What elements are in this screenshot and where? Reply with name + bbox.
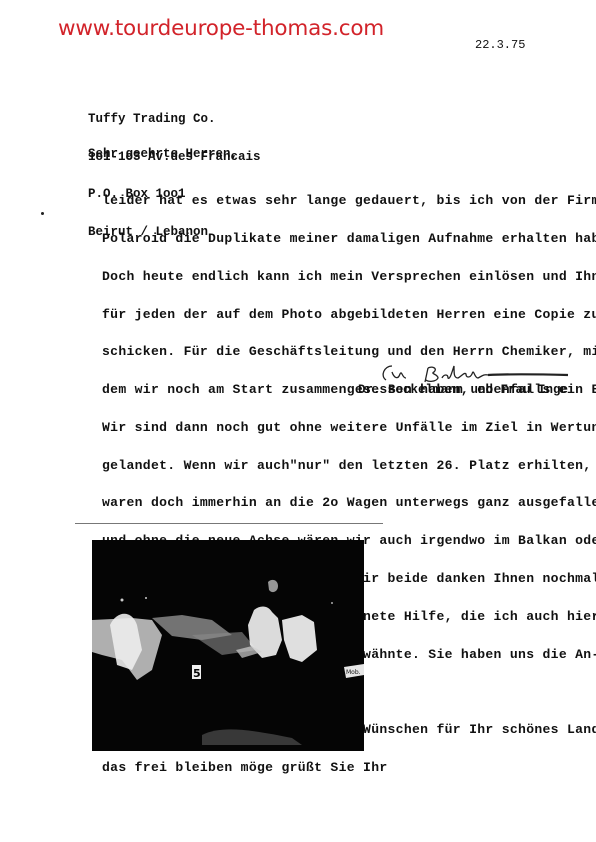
salutation: Sehr geehrte Herren, [88, 147, 238, 161]
handwritten-signature [378, 362, 573, 384]
body-line: Polaroid die Duplikate meiner damaligen … [102, 233, 596, 246]
body-line: waren doch immerhin an die 2o Wagen unte… [102, 497, 596, 510]
body-line: das frei bleiben möge grüßt Sie Ihr [102, 762, 596, 775]
typed-signer-name: Dr. Bockelmann und Frau Inge [358, 383, 568, 397]
body-line: gelandet. Wenn wir auch"nur" den letzten… [102, 460, 596, 473]
body-line: Wir sind dann noch gut ohne weitere Unfä… [102, 422, 596, 435]
website-watermark: www.tourdeurope-thomas.com [58, 16, 384, 41]
photo-sign-text: Mob. [346, 669, 361, 676]
car-number: 5 [193, 667, 201, 680]
letter-date: 22.3.75 [475, 38, 525, 52]
attached-photo: 5 Mob. [92, 540, 364, 751]
body-line: schicken. Für die Geschäftsleitung und d… [102, 346, 596, 359]
margin-speck [41, 212, 44, 215]
body-line: Doch heute endlich kann ich mein Verspre… [102, 271, 596, 284]
address-line: Tuffy Trading Co. [88, 113, 261, 126]
fold-line [75, 523, 383, 524]
body-line: leider hat es etwas sehr lange gedauert,… [102, 195, 596, 208]
body-line: für jeden der auf dem Photo abgebildeten… [102, 309, 596, 322]
